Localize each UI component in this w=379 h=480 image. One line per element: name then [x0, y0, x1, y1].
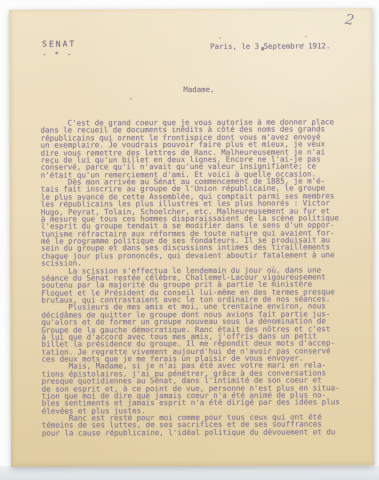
letter-page: 2 SENAT - * - Paris, le 3 Septembre 1912…: [9, 8, 374, 467]
letterhead-senat: SENAT: [42, 40, 76, 49]
paper-stain-speck: [129, 97, 132, 100]
scan-background-strip: [0, 466, 379, 480]
handwritten-page-number: 2: [344, 12, 356, 29]
paper-stain-speck: [305, 35, 307, 37]
paper-stain-speck: [302, 44, 304, 46]
dateline: Paris, le 3 Septembre 1912.: [210, 41, 330, 51]
paper-stain-speck: [261, 47, 264, 51]
letter-body: C'est de grand coeur que je vous autoris…: [40, 118, 359, 437]
letterhead-flourish: - * -: [42, 51, 73, 59]
salutation: Madame,: [183, 85, 214, 94]
paper-stain-speck: [219, 37, 221, 39]
